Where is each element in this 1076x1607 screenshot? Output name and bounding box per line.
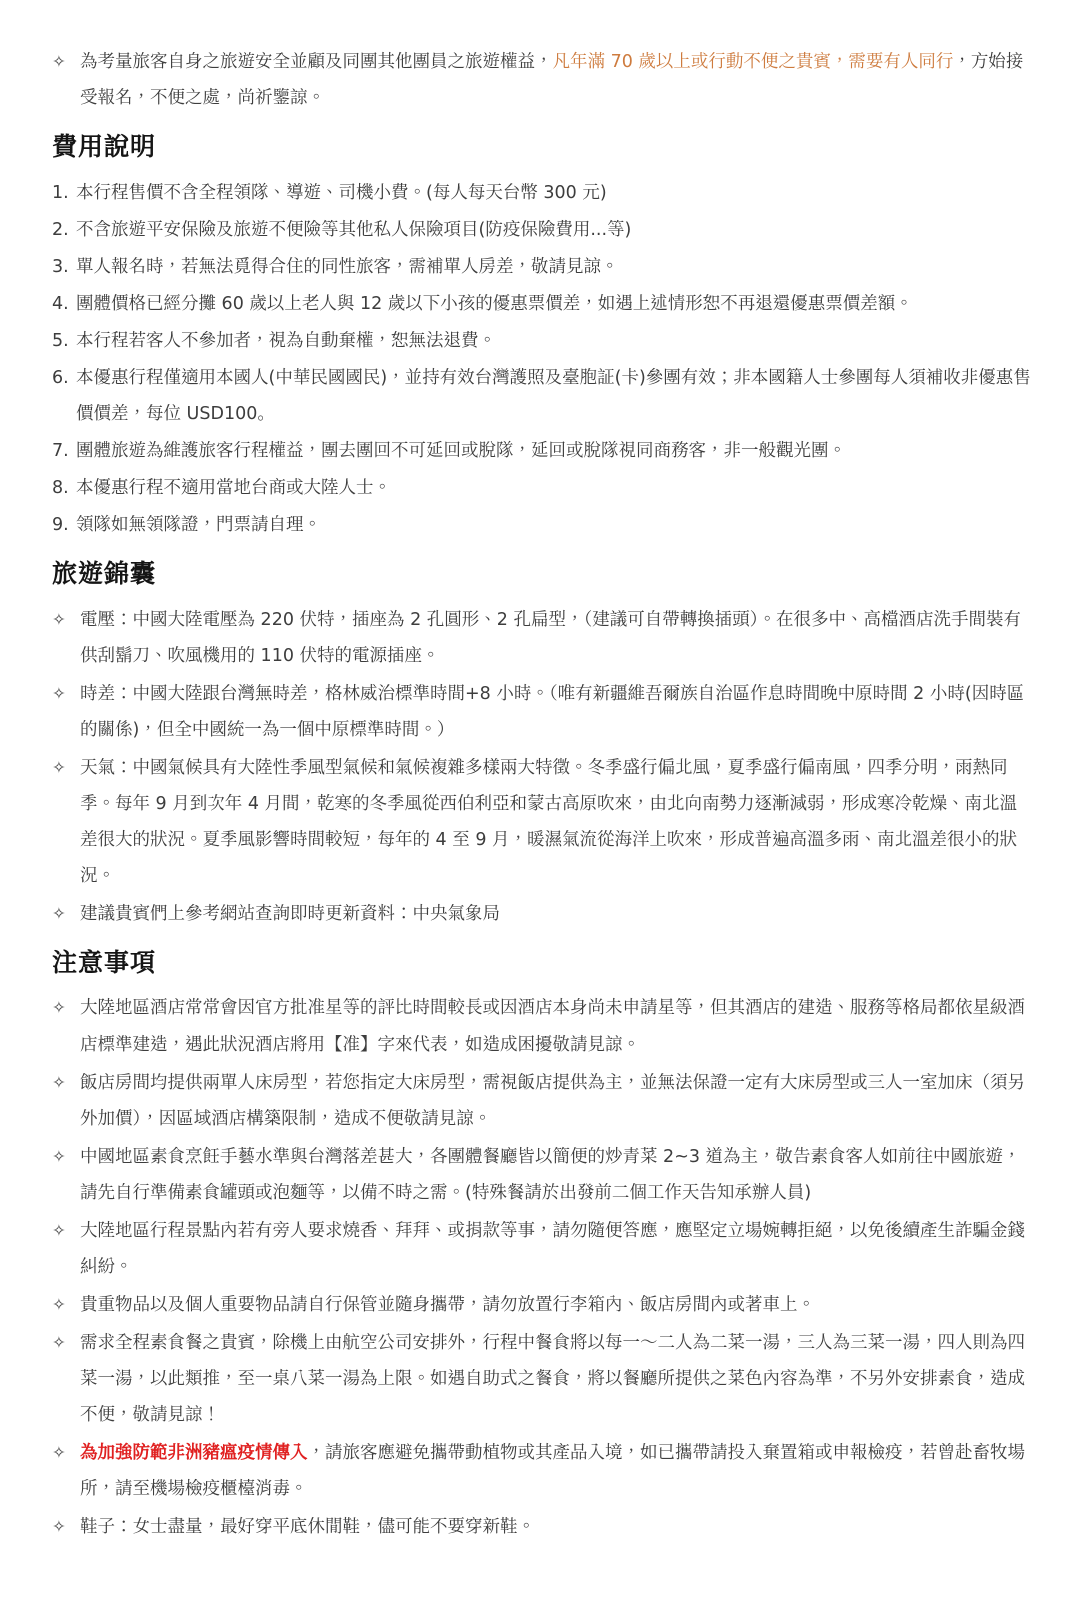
tip-item: ✧ 建議貴賓們上參考網站查詢即時更新資料：中央氣象局: [52, 896, 1034, 932]
fee-item: 團體價格已經分攤 60 歲以上老人與 12 歲以下小孩的優惠票價差，如遇上述情形…: [52, 286, 1034, 322]
note-item-swine-fever-warning: ✧ 為加強防範非洲豬瘟疫情傳入，請旅客應避免攜帶動植物或其產品入境，如已攜帶請投…: [52, 1435, 1034, 1507]
section-title-fees: 費用說明: [52, 128, 1034, 166]
note-item: ✧ 貴重物品以及個人重要物品請自行保管並隨身攜帶，請勿放置行李箱內、飯店房間內或…: [52, 1287, 1034, 1323]
diamond-bullet-icon: ✧: [52, 676, 80, 712]
diamond-bullet-icon: ✧: [52, 1509, 80, 1545]
fees-list: 本行程售價不含全程領隊、導遊、司機小費。(每人每天台幣 300 元) 不含旅遊平…: [52, 175, 1034, 543]
tips-list: ✧ 電壓：中國大陸電壓為 220 伏特，插座為 2 孔圓形、2 孔扁型，（建議可…: [52, 602, 1034, 932]
intro-seg-orange-highlight: 凡年滿 70 歲以上或行動不便之貴賓，需要有人同行: [553, 52, 954, 72]
diamond-bullet-icon: ✧: [52, 1213, 80, 1249]
fee-item-text: 本優惠行程僅適用本國人(中華民國國民)，並持有效台灣護照及臺胞証(卡)參團有效；…: [76, 360, 1034, 432]
tip-item-text: 天氣：中國氣候具有大陸性季風型氣候和氣候複雜多樣兩大特徵。冬季盛行偏北風，夏季盛…: [80, 750, 1034, 894]
fee-item: 不含旅遊平安保險及旅遊不便險等其他私人保險項目(防疫保險費用...等): [52, 212, 1034, 248]
tip-item: ✧ 電壓：中國大陸電壓為 220 伏特，插座為 2 孔圓形、2 孔扁型，（建議可…: [52, 602, 1034, 674]
diamond-bullet-icon: ✧: [52, 1065, 80, 1101]
note-item-text: 大陸地區酒店常常會因官方批准星等的評比時間較長或因酒店本身尚未申請星等，但其酒店…: [80, 990, 1034, 1062]
diamond-bullet-icon: ✧: [52, 990, 80, 1026]
fee-item: 單人報名時，若無法覓得合住的同性旅客，需補單人房差，敬請見諒。: [52, 249, 1034, 285]
note-item: ✧ 需求全程素食餐之貴賓，除機上由航空公司安排外，行程中餐食將以每一～二人為二菜…: [52, 1325, 1034, 1433]
note-item-text: 貴重物品以及個人重要物品請自行保管並隨身攜帶，請勿放置行李箱內、飯店房間內或著車…: [80, 1287, 1034, 1323]
diamond-bullet-icon: ✧: [52, 896, 80, 932]
note-item: ✧ 鞋子：女士盡量，最好穿平底休閒鞋，儘可能不要穿新鞋。: [52, 1509, 1034, 1545]
note-item-text: 為加強防範非洲豬瘟疫情傳入，請旅客應避免攜帶動植物或其產品入境，如已攜帶請投入棄…: [80, 1435, 1034, 1507]
fee-item: 本優惠行程不適用當地台商或大陸人士。: [52, 470, 1034, 506]
note-item: ✧ 飯店房間均提供兩單人床房型，若您指定大床房型，需視飯店提供為主，並無法保證一…: [52, 1065, 1034, 1137]
tip-item: ✧ 時差：中國大陸跟台灣無時差，格林威治標準時間+8 小時。（唯有新疆維吾爾族自…: [52, 676, 1034, 748]
fee-item-text: 團體價格已經分攤 60 歲以上老人與 12 歲以下小孩的優惠票價差，如遇上述情形…: [76, 286, 1034, 322]
fee-item: 本行程若客人不參加者，視為自動棄權，恕無法退費。: [52, 323, 1034, 359]
document-page: ✧ 為考量旅客自身之旅遊安全並顧及同團其他團員之旅遊權益，凡年滿 70 歲以上或…: [0, 0, 1076, 1607]
tip-item-text: 建議貴賓們上參考網站查詢即時更新資料：中央氣象局: [80, 896, 1034, 932]
diamond-bullet-icon: ✧: [52, 602, 80, 638]
section-title-notes: 注意事項: [52, 944, 1034, 982]
note-item-text: 大陸地區行程景點內若有旁人要求燒香、拜拜、或捐款等事，請勿隨便答應，應堅定立場婉…: [80, 1213, 1034, 1285]
note-item: ✧ 大陸地區酒店常常會因官方批准星等的評比時間較長或因酒店本身尚未申請星等，但其…: [52, 990, 1034, 1062]
fee-item-text: 本行程售價不含全程領隊、導遊、司機小費。(每人每天台幣 300 元): [76, 175, 1034, 211]
note-item-text: 中國地區素食烹飪手藝水準與台灣落差甚大，各團體餐廳皆以簡便的炒青菜 2~3 道為…: [80, 1139, 1034, 1211]
note-item-text: 需求全程素食餐之貴賓，除機上由航空公司安排外，行程中餐食將以每一～二人為二菜一湯…: [80, 1325, 1034, 1433]
diamond-bullet-icon: ✧: [52, 44, 80, 80]
tip-item-text: 電壓：中國大陸電壓為 220 伏特，插座為 2 孔圓形、2 孔扁型，（建議可自帶…: [80, 602, 1034, 674]
intro-note: ✧ 為考量旅客自身之旅遊安全並顧及同團其他團員之旅遊權益，凡年滿 70 歲以上或…: [52, 44, 1034, 116]
fee-item: 本行程售價不含全程領隊、導遊、司機小費。(每人每天台幣 300 元): [52, 175, 1034, 211]
fee-item-text: 本優惠行程不適用當地台商或大陸人士。: [76, 470, 1034, 506]
note-item: ✧ 大陸地區行程景點內若有旁人要求燒香、拜拜、或捐款等事，請勿隨便答應，應堅定立…: [52, 1213, 1034, 1285]
note-item-text: 鞋子：女士盡量，最好穿平底休閒鞋，儘可能不要穿新鞋。: [80, 1509, 1034, 1545]
diamond-bullet-icon: ✧: [52, 1435, 80, 1471]
fee-item-text: 不含旅遊平安保險及旅遊不便險等其他私人保險項目(防疫保險費用...等): [76, 212, 1034, 248]
diamond-bullet-icon: ✧: [52, 1287, 80, 1323]
diamond-bullet-icon: ✧: [52, 1325, 80, 1361]
note-item-text: 飯店房間均提供兩單人床房型，若您指定大床房型，需視飯店提供為主，並無法保證一定有…: [80, 1065, 1034, 1137]
swine-fever-red-segment: 為加強防範非洲豬瘟疫情傳入: [80, 1443, 308, 1463]
note-item: ✧ 中國地區素食烹飪手藝水準與台灣落差甚大，各團體餐廳皆以簡便的炒青菜 2~3 …: [52, 1139, 1034, 1211]
fee-item: 團體旅遊為維護旅客行程權益，團去團回不可延回或脫隊，延回或脫隊視同商務客，非一般…: [52, 433, 1034, 469]
diamond-bullet-icon: ✧: [52, 1139, 80, 1175]
fee-item-text: 團體旅遊為維護旅客行程權益，團去團回不可延回或脫隊，延回或脫隊視同商務客，非一般…: [76, 433, 1034, 469]
notes-list: ✧ 大陸地區酒店常常會因官方批准星等的評比時間較長或因酒店本身尚未申請星等，但其…: [52, 990, 1034, 1545]
section-title-tips: 旅遊錦囊: [52, 555, 1034, 593]
fee-item: 領隊如無領隊證，門票請自理。: [52, 507, 1034, 543]
intro-note-text: 為考量旅客自身之旅遊安全並顧及同團其他團員之旅遊權益，凡年滿 70 歲以上或行動…: [80, 44, 1034, 116]
diamond-bullet-icon: ✧: [52, 750, 80, 786]
intro-seg-normal-1: 為考量旅客自身之旅遊安全並顧及同團其他團員之旅遊權益，: [80, 52, 553, 72]
fee-item-text: 單人報名時，若無法覓得合住的同性旅客，需補單人房差，敬請見諒。: [76, 249, 1034, 285]
fee-item-text: 領隊如無領隊證，門票請自理。: [76, 507, 1034, 543]
tip-item-text: 時差：中國大陸跟台灣無時差，格林威治標準時間+8 小時。（唯有新疆維吾爾族自治區…: [80, 676, 1034, 748]
fee-item-text: 本行程若客人不參加者，視為自動棄權，恕無法退費。: [76, 323, 1034, 359]
fee-item: 本優惠行程僅適用本國人(中華民國國民)，並持有效台灣護照及臺胞証(卡)參團有效；…: [52, 360, 1034, 432]
tip-item: ✧ 天氣：中國氣候具有大陸性季風型氣候和氣候複雜多樣兩大特徵。冬季盛行偏北風，夏…: [52, 750, 1034, 894]
